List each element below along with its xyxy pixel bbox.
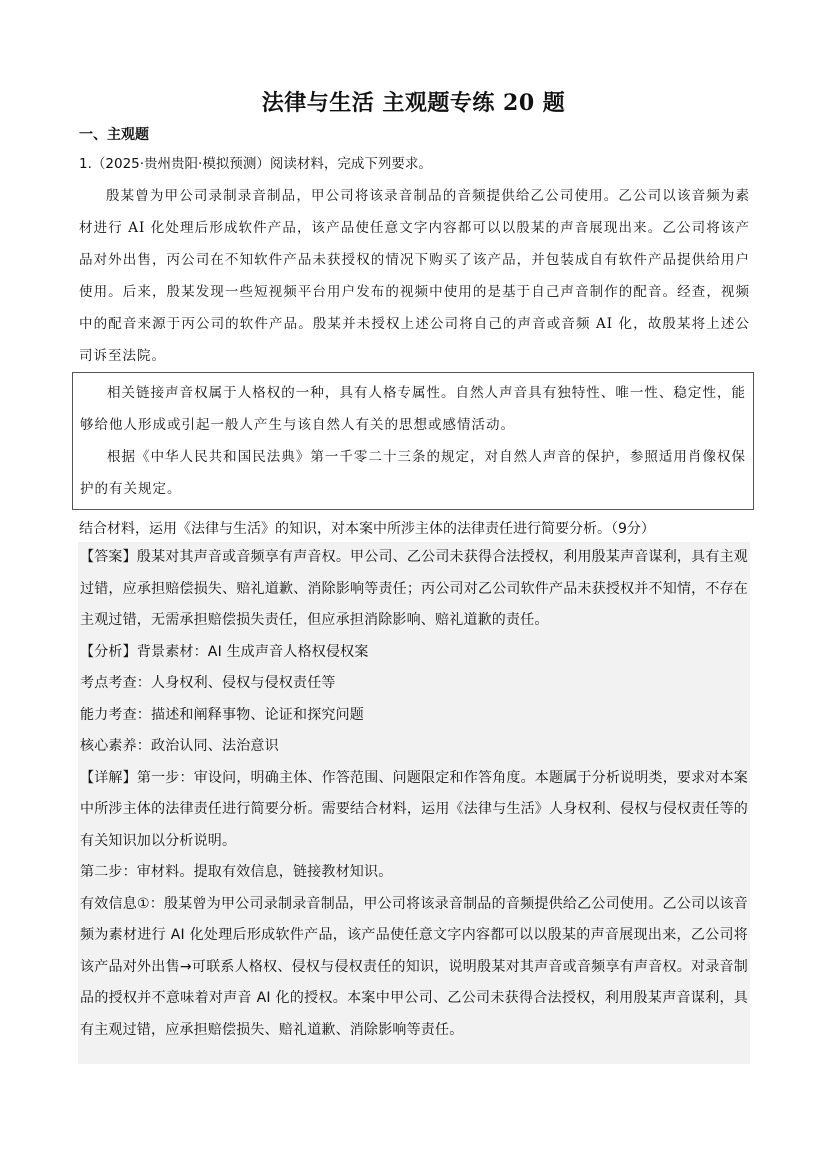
analysis-label: 【分析】 [80, 644, 137, 660]
question-instruction: 阅读材料，完成下列要求。 [270, 156, 432, 172]
question-source: （2025·贵州贵阳·模拟预测） [92, 156, 270, 172]
answer-section: 【答案】殷某对其声音或音频享有声音权。甲公司、乙公司未获得合法授权，利用殷某声音… [78, 542, 750, 1064]
document-title: 法律与生活 主观题专练 20 题 [0, 86, 827, 117]
related-link-box: 相关链接声音权属于人格权的一种，具有人格专属性。自然人声音具有独特性、唯一性、稳… [72, 372, 754, 510]
analysis-ability: 能力考查：描述和阐释事物、论证和探究问题 [78, 700, 750, 732]
answer-text: 殷某对其声音或音频享有声音权。甲公司、乙公司未获得合法授权，利用殷某声音谋利，具… [80, 549, 748, 628]
question-ask: 结合材料，运用《法律与生活》的知识，对本案中所涉主体的法律责任进行简要分析。（9… [79, 518, 655, 538]
explanation-step2: 第二步：审材料。提取有效信息，链接教材知识。 [78, 857, 750, 889]
link-paragraph-1: 相关链接声音权属于人格权的一种，具有人格专属性。自然人声音具有独特性、唯一性、稳… [80, 377, 746, 441]
analysis-exam-points: 考点考查：人身权利、侵权与侵权责任等 [78, 668, 750, 700]
analysis-literacy: 核心素养：政治认同、法治意识 [78, 731, 750, 763]
info1-label: 有效信息①： [80, 896, 164, 912]
question-material: 殷某曾为甲公司录制录音制品，甲公司将该录音制品的音频提供给乙公司使用。乙公司以该… [79, 180, 750, 372]
analysis-background: 【分析】背景素材：AI 生成声音人格权侵权案 [78, 637, 750, 669]
section-heading: 一、主观题 [79, 124, 149, 144]
answer-paragraph: 【答案】殷某对其声音或音频享有声音权。甲公司、乙公司未获得合法授权，利用殷某声音… [78, 542, 750, 637]
explanation-step1: 【详解】第一步：审设问，明确主体、作答范围、问题限定和作答角度。本题属于分析说明… [78, 763, 750, 858]
question-number: 1. [79, 156, 92, 172]
question-header: 1.（2025·贵州贵阳·模拟预测）阅读材料，完成下列要求。 [79, 152, 432, 172]
link-paragraph-2: 根据《中华人民共和国民法典》第一千零二十三条的规定，对自然人声音的保护，参照适用… [80, 441, 746, 505]
explanation-info1: 有效信息①：殷某曾为甲公司录制录音制品，甲公司将该录音制品的音频提供给乙公司使用… [78, 889, 750, 1047]
answer-label: 【答案】 [80, 549, 137, 565]
explanation-label: 【详解】 [80, 770, 137, 786]
